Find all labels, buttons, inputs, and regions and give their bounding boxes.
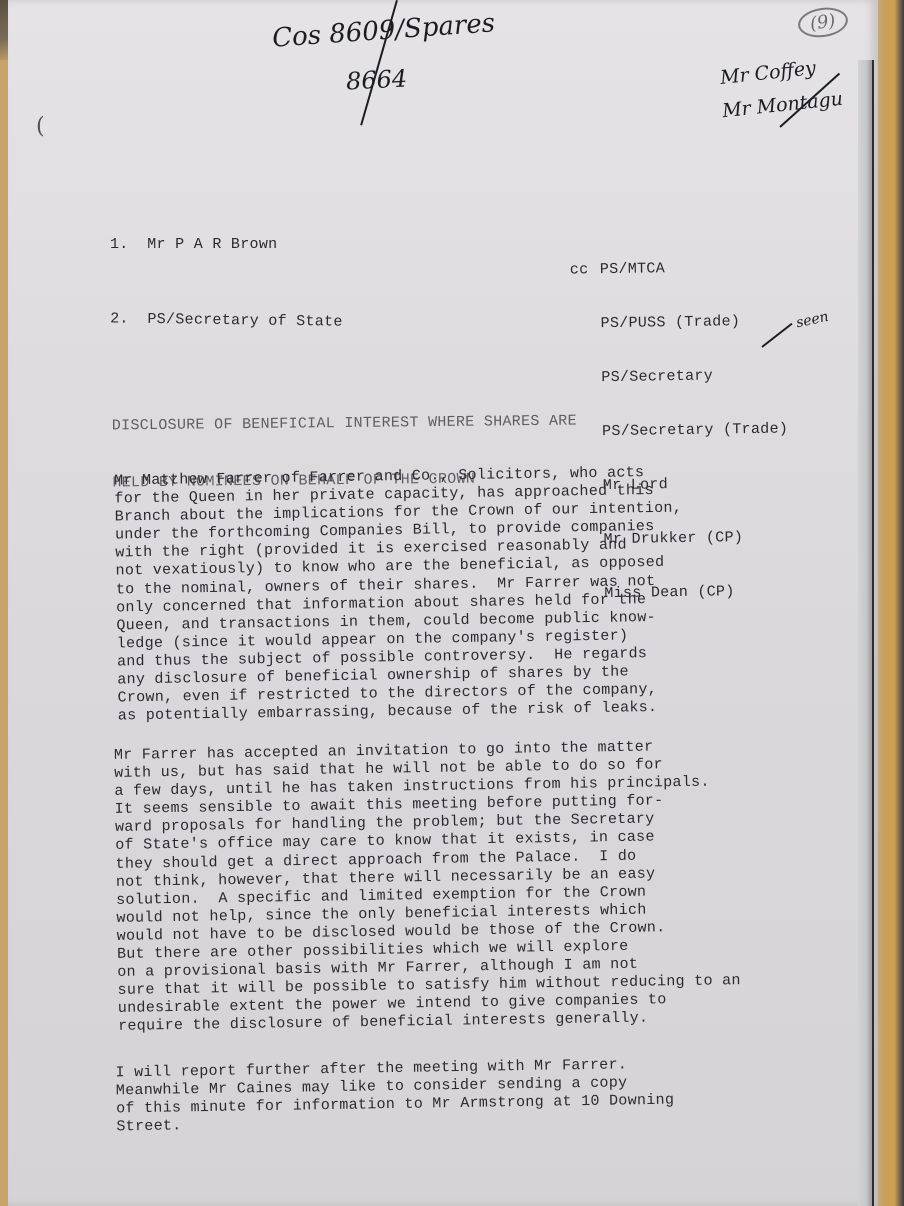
body-paragraph-3: I will report further after the meeting … [115, 1056, 674, 1137]
margin-mark: ( [36, 114, 45, 139]
body-paragraph-1: Mr Matthew Farrer of Farrer and Co., Sol… [114, 464, 685, 726]
subject-line: DISCLOSURE OF BENEFICIAL INTEREST WHERE … [112, 412, 577, 436]
body-paragraph-2: Mr Farrer has accepted an invitation to … [114, 737, 742, 1036]
cc-recipient: PS/PUSS (Trade) [600, 313, 740, 333]
cc-label: cc [570, 261, 600, 279]
addressee-list: 1. Mr P A R Brown 2. PS/Secretary of Sta… [110, 200, 343, 370]
cc-recipient: PS/Secretary (Trade) [602, 420, 788, 441]
cc-recipient: PS/Secretary [601, 368, 713, 388]
cc-recipient: PS/MTCA [600, 260, 665, 279]
addressee-2: 2. PS/Secretary of State [110, 310, 343, 353]
addressee-1: 1. Mr P A R Brown [110, 236, 343, 276]
page-edge [858, 60, 874, 1206]
